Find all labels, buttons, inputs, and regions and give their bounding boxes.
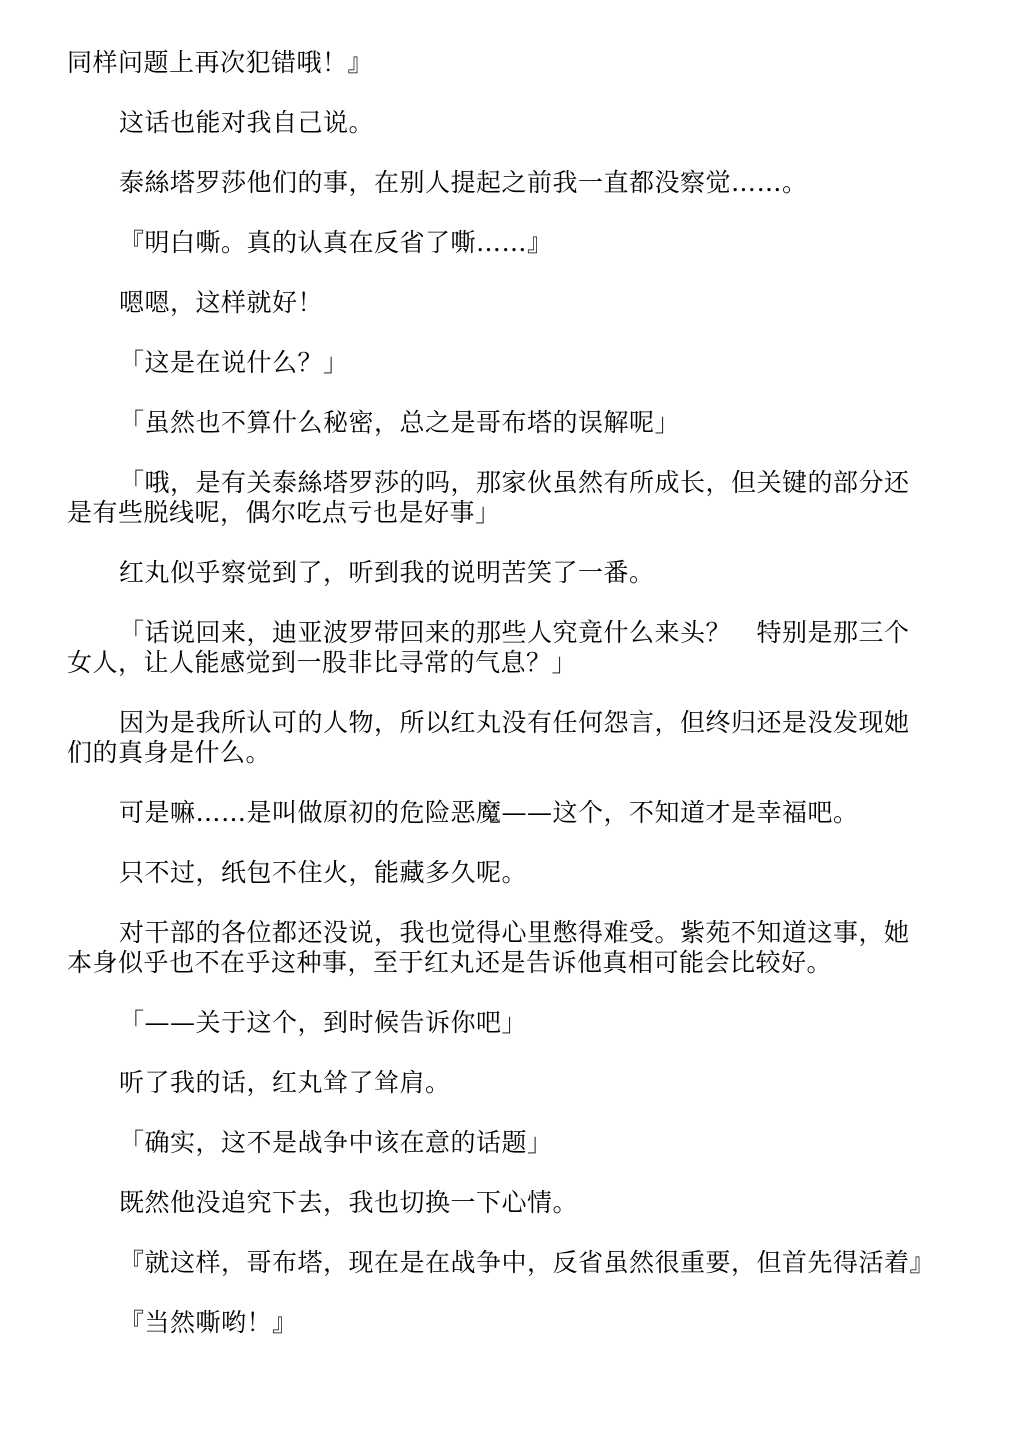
paragraph: 可是嘛……是叫做原初的危险恶魔——这个，不知道才是幸福吧。 [67, 798, 933, 828]
document-page: 同样问题上再次犯错哦！』 这话也能对我自己说。 泰絲塔罗莎他们的事，在别人提起之… [67, 48, 933, 1368]
dialogue-paragraph: 「话说回来，迪亚波罗带回来的那些人究竟什么来头？ 特别是那三个女人，让人能感觉到… [67, 618, 933, 678]
dialogue-paragraph: 「虽然也不算什么秘密，总之是哥布塔的误解呢」 [67, 408, 933, 438]
dialogue-paragraph: 『明白嘶。真的认真在反省了嘶……』 [67, 228, 933, 258]
paragraph: 泰絲塔罗莎他们的事，在别人提起之前我一直都没察觉……。 [67, 168, 933, 198]
paragraph: 因为是我所认可的人物，所以红丸没有任何怨言，但终归还是没发现她们的真身是什么。 [67, 708, 933, 768]
paragraph: 听了我的话，红丸耸了耸肩。 [67, 1068, 933, 1098]
dialogue-paragraph: 「确实，这不是战争中该在意的话题」 [67, 1128, 933, 1158]
paragraph: 只不过，纸包不住火，能藏多久呢。 [67, 858, 933, 888]
dialogue-paragraph: 『就这样，哥布塔，现在是在战争中，反省虽然很重要，但首先得活着』 [67, 1248, 933, 1278]
paragraph: 嗯嗯，这样就好！ [67, 288, 933, 318]
dialogue-paragraph: 「这是在说什么？」 [67, 348, 933, 378]
dialogue-paragraph: 『当然嘶哟！』 [67, 1308, 933, 1338]
dialogue-paragraph: 「哦，是有关泰絲塔罗莎的吗，那家伙虽然有所成长，但关键的部分还是有些脱线呢，偶尔… [67, 468, 933, 528]
paragraph: 对干部的各位都还没说，我也觉得心里憋得难受。紫苑不知道这事，她本身似乎也不在乎这… [67, 918, 933, 978]
paragraph: 这话也能对我自己说。 [67, 108, 933, 138]
paragraph: 同样问题上再次犯错哦！』 [67, 48, 933, 78]
dialogue-paragraph: 「——关于这个，到时候告诉你吧」 [67, 1008, 933, 1038]
paragraph: 红丸似乎察觉到了，听到我的说明苦笑了一番。 [67, 558, 933, 588]
paragraph: 既然他没追究下去，我也切换一下心情。 [67, 1188, 933, 1218]
